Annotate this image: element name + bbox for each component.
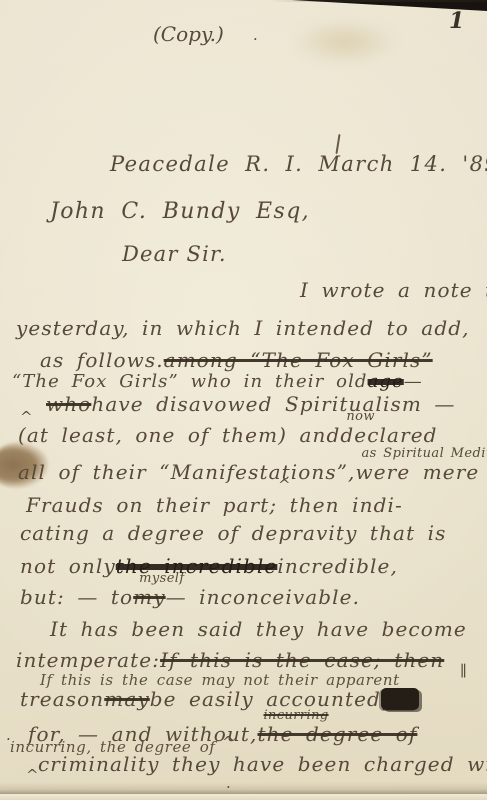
manuscript-line: all of their “Manifestations”, were mere…	[18, 461, 479, 483]
inserted-text-above: as Spiritual Mediums,	[362, 447, 487, 461]
manuscript-line: criminality they have been charged with.	[38, 753, 487, 775]
handwritten-text: criminality they have been charged with.	[38, 753, 487, 775]
pen-mark: ∥	[460, 662, 467, 680]
recipient-line: John C. Bundy Esq,	[50, 199, 310, 224]
handwritten-text: all of their “Manifestations”,	[18, 461, 356, 483]
manuscript-line: yesterday, in which I intended to add,	[16, 317, 470, 339]
handwritten-text: incredible,	[277, 555, 398, 577]
handwritten-text: Frauds on their part; then indi-	[26, 494, 403, 516]
handwritten-text: as follows.	[40, 349, 164, 371]
handwritten-text: I wrote a note to you	[300, 279, 487, 301]
paper-top-edge	[0, 0, 487, 2]
struck-text: who	[46, 393, 91, 415]
caret-mark: ^	[20, 408, 33, 426]
caret-mark: ^	[278, 476, 291, 494]
struck-text: the degree ofincurring	[258, 723, 418, 745]
handwritten-text: not only	[20, 555, 116, 577]
manuscript-line: I wrote a note to you	[300, 279, 487, 301]
manuscript-line: as follows. among “The Fox Girls”	[40, 349, 433, 371]
handwritten-text: were mereas Spiritual Mediums,	[356, 461, 480, 483]
struck-text: for	[381, 688, 419, 710]
inserted-text-above: incurring	[264, 709, 329, 723]
bottom-crease	[0, 782, 487, 794]
handwritten-text: (at least, one of them) and	[18, 424, 340, 446]
handwritten-text: be easily accounted	[150, 688, 381, 710]
manuscript-line: (at least, one of them) and declarednow	[18, 424, 438, 446]
copy-label: (Copy.)	[153, 22, 224, 46]
handwritten-text: —	[404, 372, 423, 392]
struck-text: If this is the case; then	[160, 649, 444, 671]
handwritten-text: “The Fox Girls” who in their old	[12, 372, 368, 392]
struck-text: among “The Fox Girls”	[164, 349, 433, 371]
struck-text: mymyself	[133, 586, 165, 608]
paper-smudge	[290, 18, 400, 66]
handwritten-text: but: — to	[20, 586, 133, 608]
struck-text: age	[368, 372, 404, 392]
inserted-text-above: now	[346, 410, 375, 424]
manuscript-line: Frauds on their part; then indi-	[26, 494, 403, 516]
pen-mark: ·	[253, 30, 258, 48]
salutation: Dear Sir.	[122, 242, 227, 266]
handwritten-text: — inconceivable.	[166, 586, 360, 608]
handwritten-text: intemperate:	[16, 649, 160, 671]
handwritten-text: yesterday, in which I intended to add,	[16, 317, 470, 339]
handwritten-text: declarednow	[340, 424, 437, 446]
manuscript-line: intemperate: If this is the case; then	[16, 649, 444, 671]
manuscript-line: It has been said they have become	[50, 618, 467, 640]
manuscript-line: cating a degree of depravity that is	[20, 522, 447, 544]
pen-mark: .	[6, 726, 11, 744]
caret-mark: ^	[222, 733, 235, 751]
dateline: Peacedale R. I. March 14. '89	[110, 152, 487, 176]
bottom-page-curl	[0, 794, 487, 800]
page-number: 1	[449, 8, 464, 34]
manuscript-line: “The Fox Girls” who in their old age —	[12, 372, 423, 392]
manuscript-line: but: — to mymyself — inconceivable.	[20, 586, 360, 608]
manuscript-line: who have disavowed Spiritualism —	[46, 393, 455, 415]
handwritten-text: cating a degree of depravity that is	[20, 522, 447, 544]
handwritten-text: have disavowed Spiritualism —	[91, 393, 455, 415]
handwritten-text: treason	[20, 688, 104, 710]
struck-text: may	[104, 688, 150, 710]
manuscript-line: not only the incredible incredible,	[20, 555, 398, 577]
manuscript-scan: (Copy.) 1 Peacedale R. I. March 14. '89 …	[0, 0, 487, 800]
handwritten-text: It has been said they have become	[50, 618, 467, 640]
manuscript-line: treason may be easily accounted for	[20, 688, 419, 710]
